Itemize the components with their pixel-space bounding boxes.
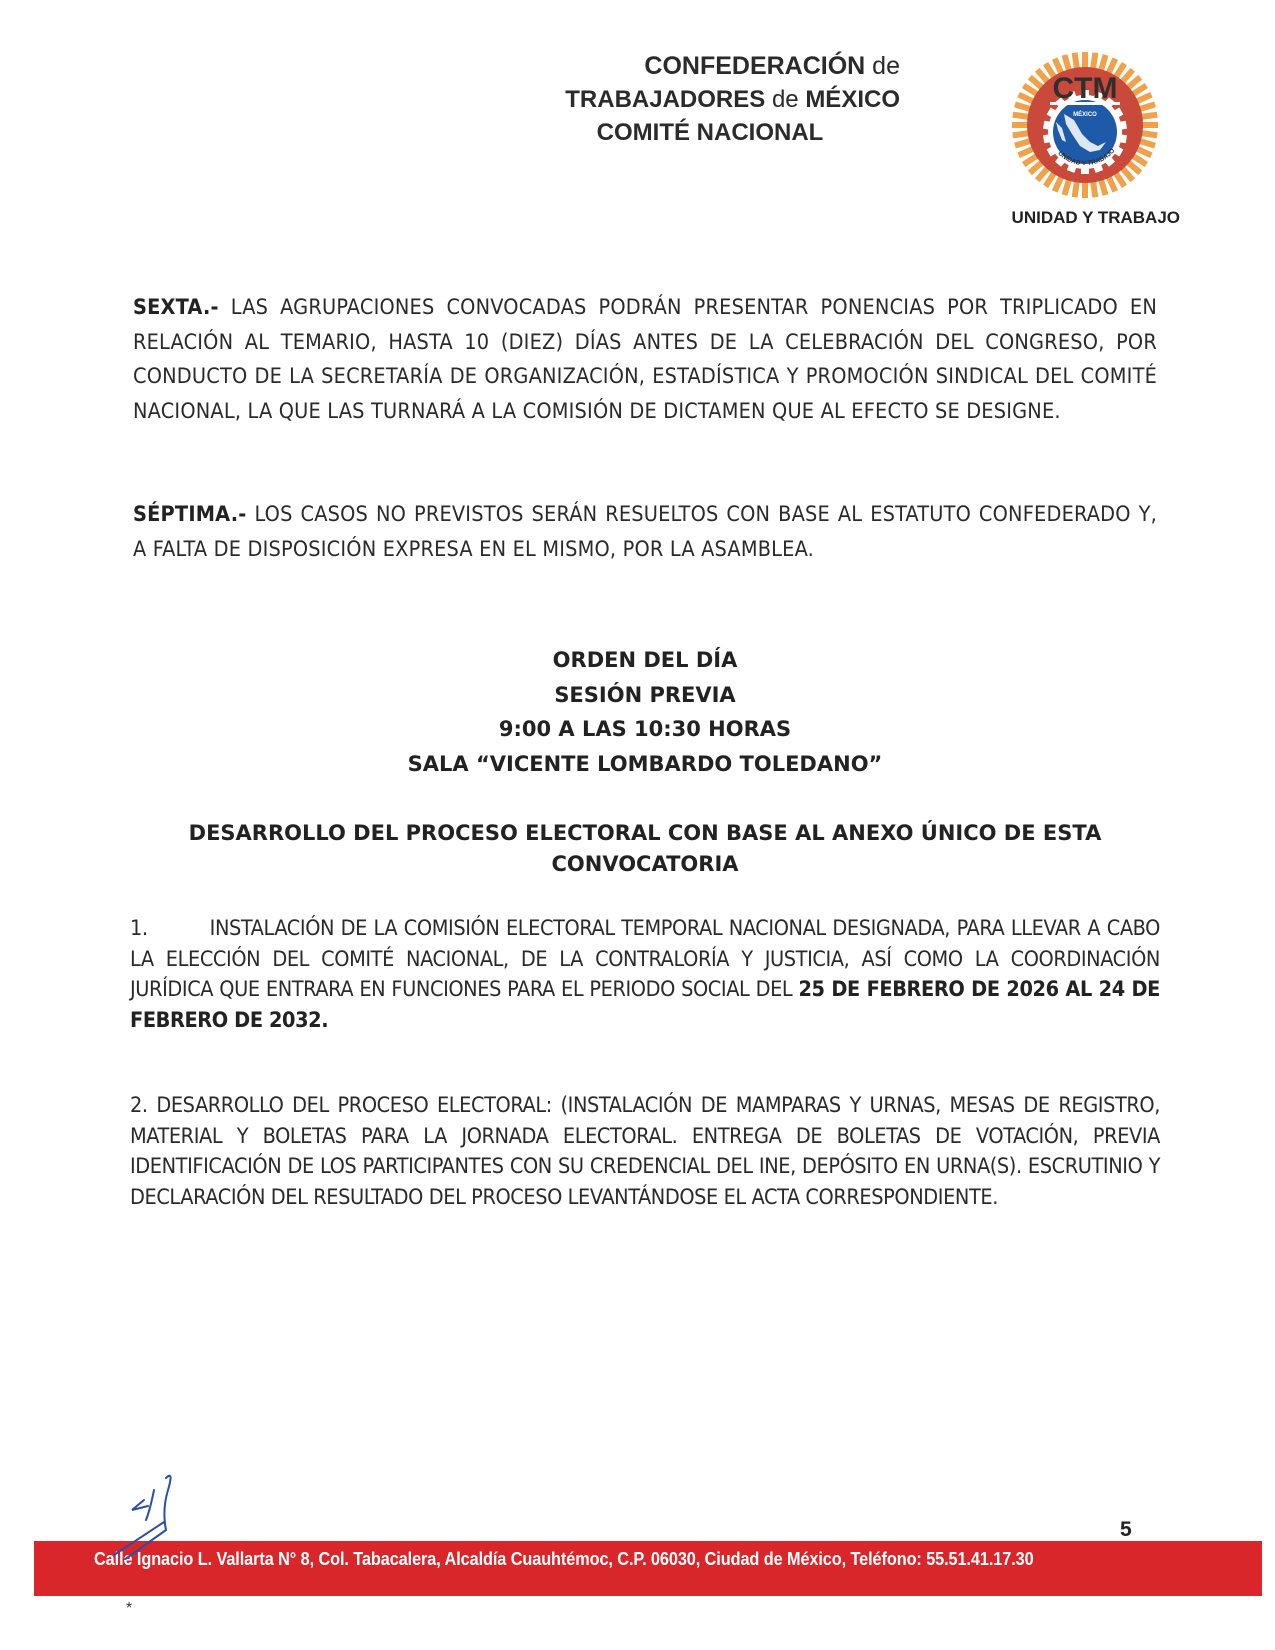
ctm-logo: CTM MÉXICO UNIDAD Y TRABAJO — [1010, 50, 1160, 200]
item-number: 1. — [130, 916, 148, 941]
agenda-item-2: 2. DESARROLLO DEL PROCESO ELECTORAL: (IN… — [130, 1091, 1160, 1213]
svg-text:MÉXICO: MÉXICO — [1073, 110, 1097, 118]
session-name: SESIÓN PREVIA — [133, 678, 1157, 713]
item-number: 2. — [130, 1093, 148, 1118]
clause-sexta: SEXTA.- LAS AGRUPACIONES CONVOCADAS PODR… — [133, 291, 1157, 429]
motto: UNIDAD Y TRABAJO — [960, 208, 1180, 228]
agenda-heading: ORDEN DEL DÍA SESIÓN PREVIA 9:00 A LAS 1… — [133, 643, 1157, 781]
clause-label: SEXTA.- — [133, 295, 219, 320]
clause-text: LOS CASOS NO PREVISTOS SERÁN RESUELTOS C… — [133, 502, 1157, 562]
org-name-connector: de — [865, 52, 900, 80]
session-room: SALA “VICENTE LOMBARDO TOLEDANO” — [133, 747, 1157, 782]
org-name-bold: TRABAJADORES — [565, 86, 765, 113]
session-time: 9:00 A LAS 10:30 HORAS — [133, 712, 1157, 747]
org-name-connector: de — [765, 86, 805, 113]
agenda-subtitle: DESARROLLO DEL PROCESO ELECTORAL CON BAS… — [180, 818, 1110, 880]
org-name-bold: CONFEDERACIÓN — [644, 52, 865, 80]
clause-septima: SÉPTIMA.- LOS CASOS NO PREVISTOS SERÁN R… — [133, 498, 1157, 567]
page-number: 5 — [1120, 1518, 1132, 1542]
agenda-title: ORDEN DEL DÍA — [133, 643, 1157, 678]
committee-name: COMITÉ NACIONAL — [560, 119, 860, 147]
footnote-mark: * — [126, 1600, 132, 1618]
org-name-line-2: TRABAJADORES de MÉXICO — [500, 86, 900, 114]
clause-label: SÉPTIMA.- — [133, 502, 247, 527]
org-name-line-1: CONFEDERACIÓN de — [560, 52, 900, 81]
agenda-item-1: 1.INSTALACIÓN DE LA COMISIÓN ELECTORAL T… — [130, 914, 1160, 1036]
ctm-emblem-icon: CTM MÉXICO UNIDAD Y TRABAJO — [1010, 50, 1160, 200]
org-name-bold: MÉXICO — [805, 86, 900, 113]
svg-text:CTM: CTM — [1053, 72, 1118, 105]
signature — [104, 1460, 224, 1560]
clause-text: LAS AGRUPACIONES CONVOCADAS PODRÁN PRESE… — [133, 295, 1157, 424]
footer-address: Calle Ignacio L. Vallarta N° 8, Col. Tab… — [94, 1548, 1122, 1570]
signature-scribble-icon — [104, 1460, 224, 1560]
item-text: DESARROLLO DEL PROCESO ELECTORAL: (INSTA… — [130, 1093, 1160, 1210]
